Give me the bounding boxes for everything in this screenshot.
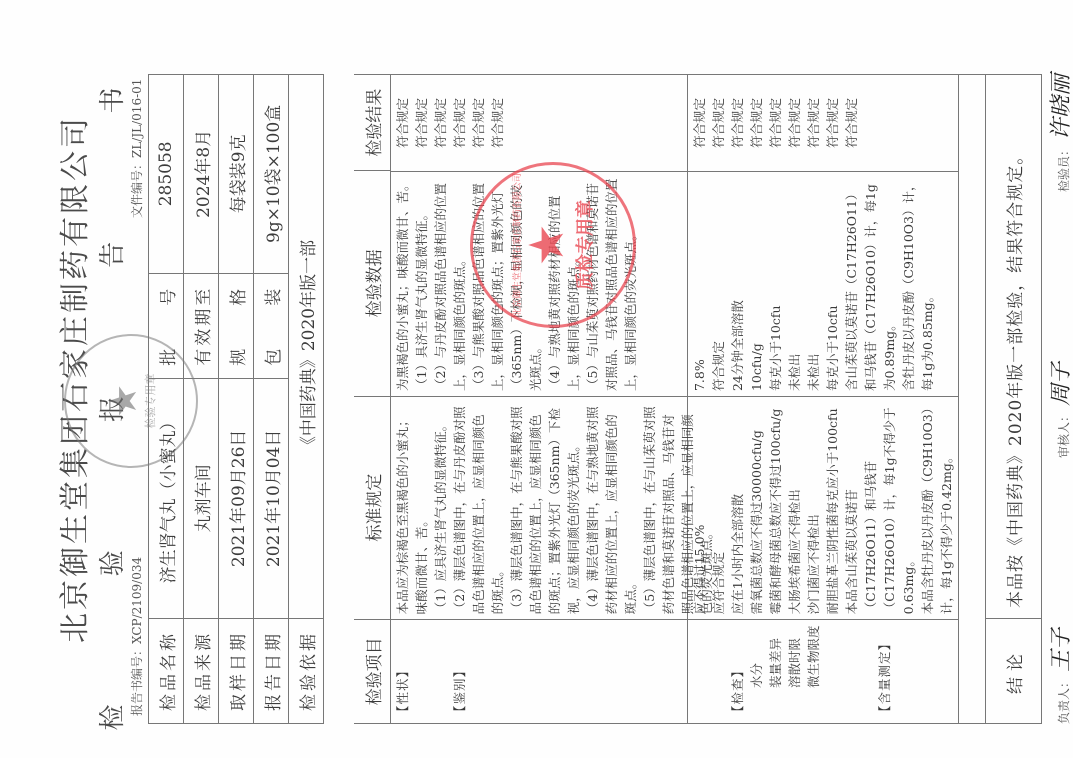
section1-results: 符合规定符合规定符合规定符合规定符合规定符合规定 <box>391 75 687 171</box>
standard-line: （4）薄层色谱图中，在与熟地黄对照药材相应的位置上，应显相同颜色的斑点。 <box>583 402 640 614</box>
result-line: 符合规定 <box>393 80 412 166</box>
standard-line: 需氧菌总数应不得过30000cfu/g <box>747 402 766 614</box>
heading-assay: 【含量测定】 <box>875 625 894 718</box>
signature-row: 负责人：王子 审核人：周子 检验员：许晓丽 <box>1044 74 1073 724</box>
standard-line: 耐胆盐革兰阴性菌每克应小于100cfu <box>823 402 842 614</box>
label-source: 检品来源 <box>184 619 219 724</box>
result-line: 符合规定 <box>690 80 709 166</box>
file-number: 文件编号：ZL/JL/016-01 <box>128 79 145 218</box>
star-icon: ★ <box>104 384 142 418</box>
item-disintegration: 溶散时限 <box>785 625 804 718</box>
standard-line: 本品含山茱萸以莫诺苷（C17H26O11）和马钱苷（C17H26O10）计，每1… <box>842 402 918 614</box>
data-line: 含牡丹皮以丹皮酚（C9H10O3）计，每1g为0.85mg。 <box>899 177 937 391</box>
sample-source: 丸剂车间 <box>184 378 219 618</box>
data-line: 符合规定 <box>709 177 728 391</box>
info-table: 检品名称 济生肾气丸（小蜜丸） 批 号 285058 检品来源 丸剂车间 有效期… <box>148 74 324 724</box>
inspector-signature: 检验员：许晓丽 <box>1044 74 1073 192</box>
result-line: 符合规定 <box>728 80 747 166</box>
standard-line: 沙门菌应不得检出 <box>804 402 823 614</box>
section-inspection-assay: 【检查】 水分 装量差异 溶散时限 微生物限度 【含量测定】 应不得过15.0%… <box>688 75 959 723</box>
data-line: 含山茱萸以莫诺苷（C17H26O11）和马钱苷（C17H26O10）计，每1g为… <box>842 177 899 391</box>
standard-line: 应不得过15.0% <box>690 402 709 614</box>
data-line: （2）与丹皮酚对照品色谱相应的位置上，显相同颜色的斑点。 <box>431 177 469 391</box>
label-package: 包 装 <box>254 273 289 378</box>
reviewer-signature: 审核人：周子 <box>1044 362 1073 458</box>
label-sample-date: 取样日期 <box>219 619 254 724</box>
package: 9g×10袋×100盒 <box>254 75 289 274</box>
results-header: 检验项目 标准规定 检验数据 检验结果 <box>354 75 391 723</box>
standard-line: 霉菌和酵母菌总数应不得过100cfu/g <box>766 402 785 614</box>
label-batch: 批 号 <box>149 273 184 378</box>
col-item: 检验项目 <box>354 619 390 723</box>
label-spec: 规 格 <box>219 273 254 378</box>
standard-line: （2）薄层色谱图中，在与丹皮酚对照品色谱相应的位置上，应显相同颜色的斑点。 <box>450 402 507 614</box>
section2-data: 7.8%符合规定24分钟全部溶散10cfu/g每克小于10cfu未检出未检出每克… <box>688 171 958 396</box>
result-line: 符合规定 <box>412 80 431 166</box>
col-standard: 标准规定 <box>354 396 390 619</box>
data-line: 每克小于10cfu <box>823 177 842 391</box>
data-line: 24分钟全部溶散 <box>728 177 747 391</box>
result-line: 符合规定 <box>450 80 469 166</box>
data-line: 10cfu/g <box>747 177 766 391</box>
heading-character: 【性状】 <box>393 625 412 718</box>
batch-number: 285058 <box>149 75 184 274</box>
specification: 每袋装9克 <box>219 75 254 274</box>
report-number: 报告书编号：XCP/2109/034 <box>128 557 145 716</box>
result-line: 符合规定 <box>823 80 842 166</box>
label-expiry: 有效期至 <box>184 273 219 378</box>
conclusion-text: 本品按《中国药典》2020年版一部检验，结果符合规定。 <box>986 75 1041 618</box>
section1-standard: 本品应为棕褐色至黑褐色的小蜜丸；味酸而微甘、苦。（1）应具济生肾气丸的显微特征。… <box>391 396 687 619</box>
data-line: 未检出 <box>804 177 823 391</box>
conclusion-label: 结论 <box>986 618 1041 723</box>
result-line: 符合规定 <box>747 80 766 166</box>
item-moisture: 水分 <box>747 625 766 718</box>
standard-line: 应在1小时内全部溶散 <box>728 402 747 614</box>
label-basis: 检验依据 <box>289 619 324 724</box>
standard-line: 本品应为棕褐色至黑褐色的小蜜丸；味酸而微甘、苦。 <box>393 402 431 614</box>
standard-line: （3）薄层色谱图中，在与熊果酸对照品色谱相应的位置上，应显相同颜色的斑点；置紫外… <box>507 402 583 614</box>
data-line: 为黑褐色的小蜜丸；味酸而微甘、苦。 <box>393 177 412 391</box>
section2-standard: 应不得过15.0%应符合规定应在1小时内全部溶散需氧菌总数应不得过30000cf… <box>688 396 958 619</box>
inspection-basis: 《中国药典》2020年版一部 <box>289 75 324 619</box>
result-line: 符合规定 <box>785 80 804 166</box>
standard-line: 本品含牡丹皮以丹皮酚（C9H10O3）计，每1g不得少于0.42mg。 <box>918 402 956 614</box>
data-line: 每克小于10cfu <box>766 177 785 391</box>
item-fill-variation: 装量差异 <box>766 625 785 718</box>
result-line: 符合规定 <box>766 80 785 166</box>
standard-line: 大肠埃希菌应不得检出 <box>785 402 804 614</box>
standard-line: 应符合规定 <box>709 402 728 614</box>
conclusion-row: 结论 本品按《中国药典》2020年版一部检验，结果符合规定。 <box>986 74 1042 724</box>
sample-date: 2021年09月26日 <box>219 378 254 618</box>
result-line: 符合规定 <box>431 80 450 166</box>
quality-stamp: 北京御生堂集团石家庄制药有限公司 ★ 质检专用章 <box>470 162 636 328</box>
result-line: 符合规定 <box>469 80 488 166</box>
data-line: 7.8% <box>690 177 709 391</box>
star-icon: ★ <box>523 223 571 266</box>
results-table: 检验项目 标准规定 检验数据 检验结果 【性状】 【鉴别】 本品应为棕褐色至黑褐… <box>354 74 986 724</box>
heading-identification: 【鉴别】 <box>450 625 469 718</box>
head-signature: 负责人：王子 <box>1044 628 1073 724</box>
result-line: 符合规定 <box>488 80 507 166</box>
label-report-date: 报告日期 <box>254 619 289 724</box>
col-result: 检验结果 <box>354 75 390 170</box>
item-microbial-limit: 微生物限度 <box>804 625 823 718</box>
expiry-date: 2024年8月 <box>184 75 219 274</box>
result-line: 符合规定 <box>842 80 861 166</box>
sample-name: 济生肾气丸（小蜜丸） <box>149 378 184 618</box>
standard-line: （1）应具济生肾气丸的显微特征。 <box>431 402 450 614</box>
report-date: 2021年10月04日 <box>254 378 289 618</box>
result-line: 符合规定 <box>709 80 728 166</box>
report-page: 北京御生堂集团石家庄制药有限公司 检 验 报 告 书 报告书编号：XCP/210… <box>0 0 1073 758</box>
col-data: 检验数据 <box>354 170 390 395</box>
data-line: （1）具济生肾气丸的显微特征。 <box>412 177 431 391</box>
data-line: 未检出 <box>785 177 804 391</box>
result-line: 符合规定 <box>804 80 823 166</box>
heading-inspection: 【检查】 <box>728 625 747 718</box>
label-sample-name: 检品名称 <box>149 619 184 724</box>
section2-results: 符合规定符合规定符合规定符合规定符合规定符合规定符合规定符合规定符合规定 <box>688 75 958 171</box>
